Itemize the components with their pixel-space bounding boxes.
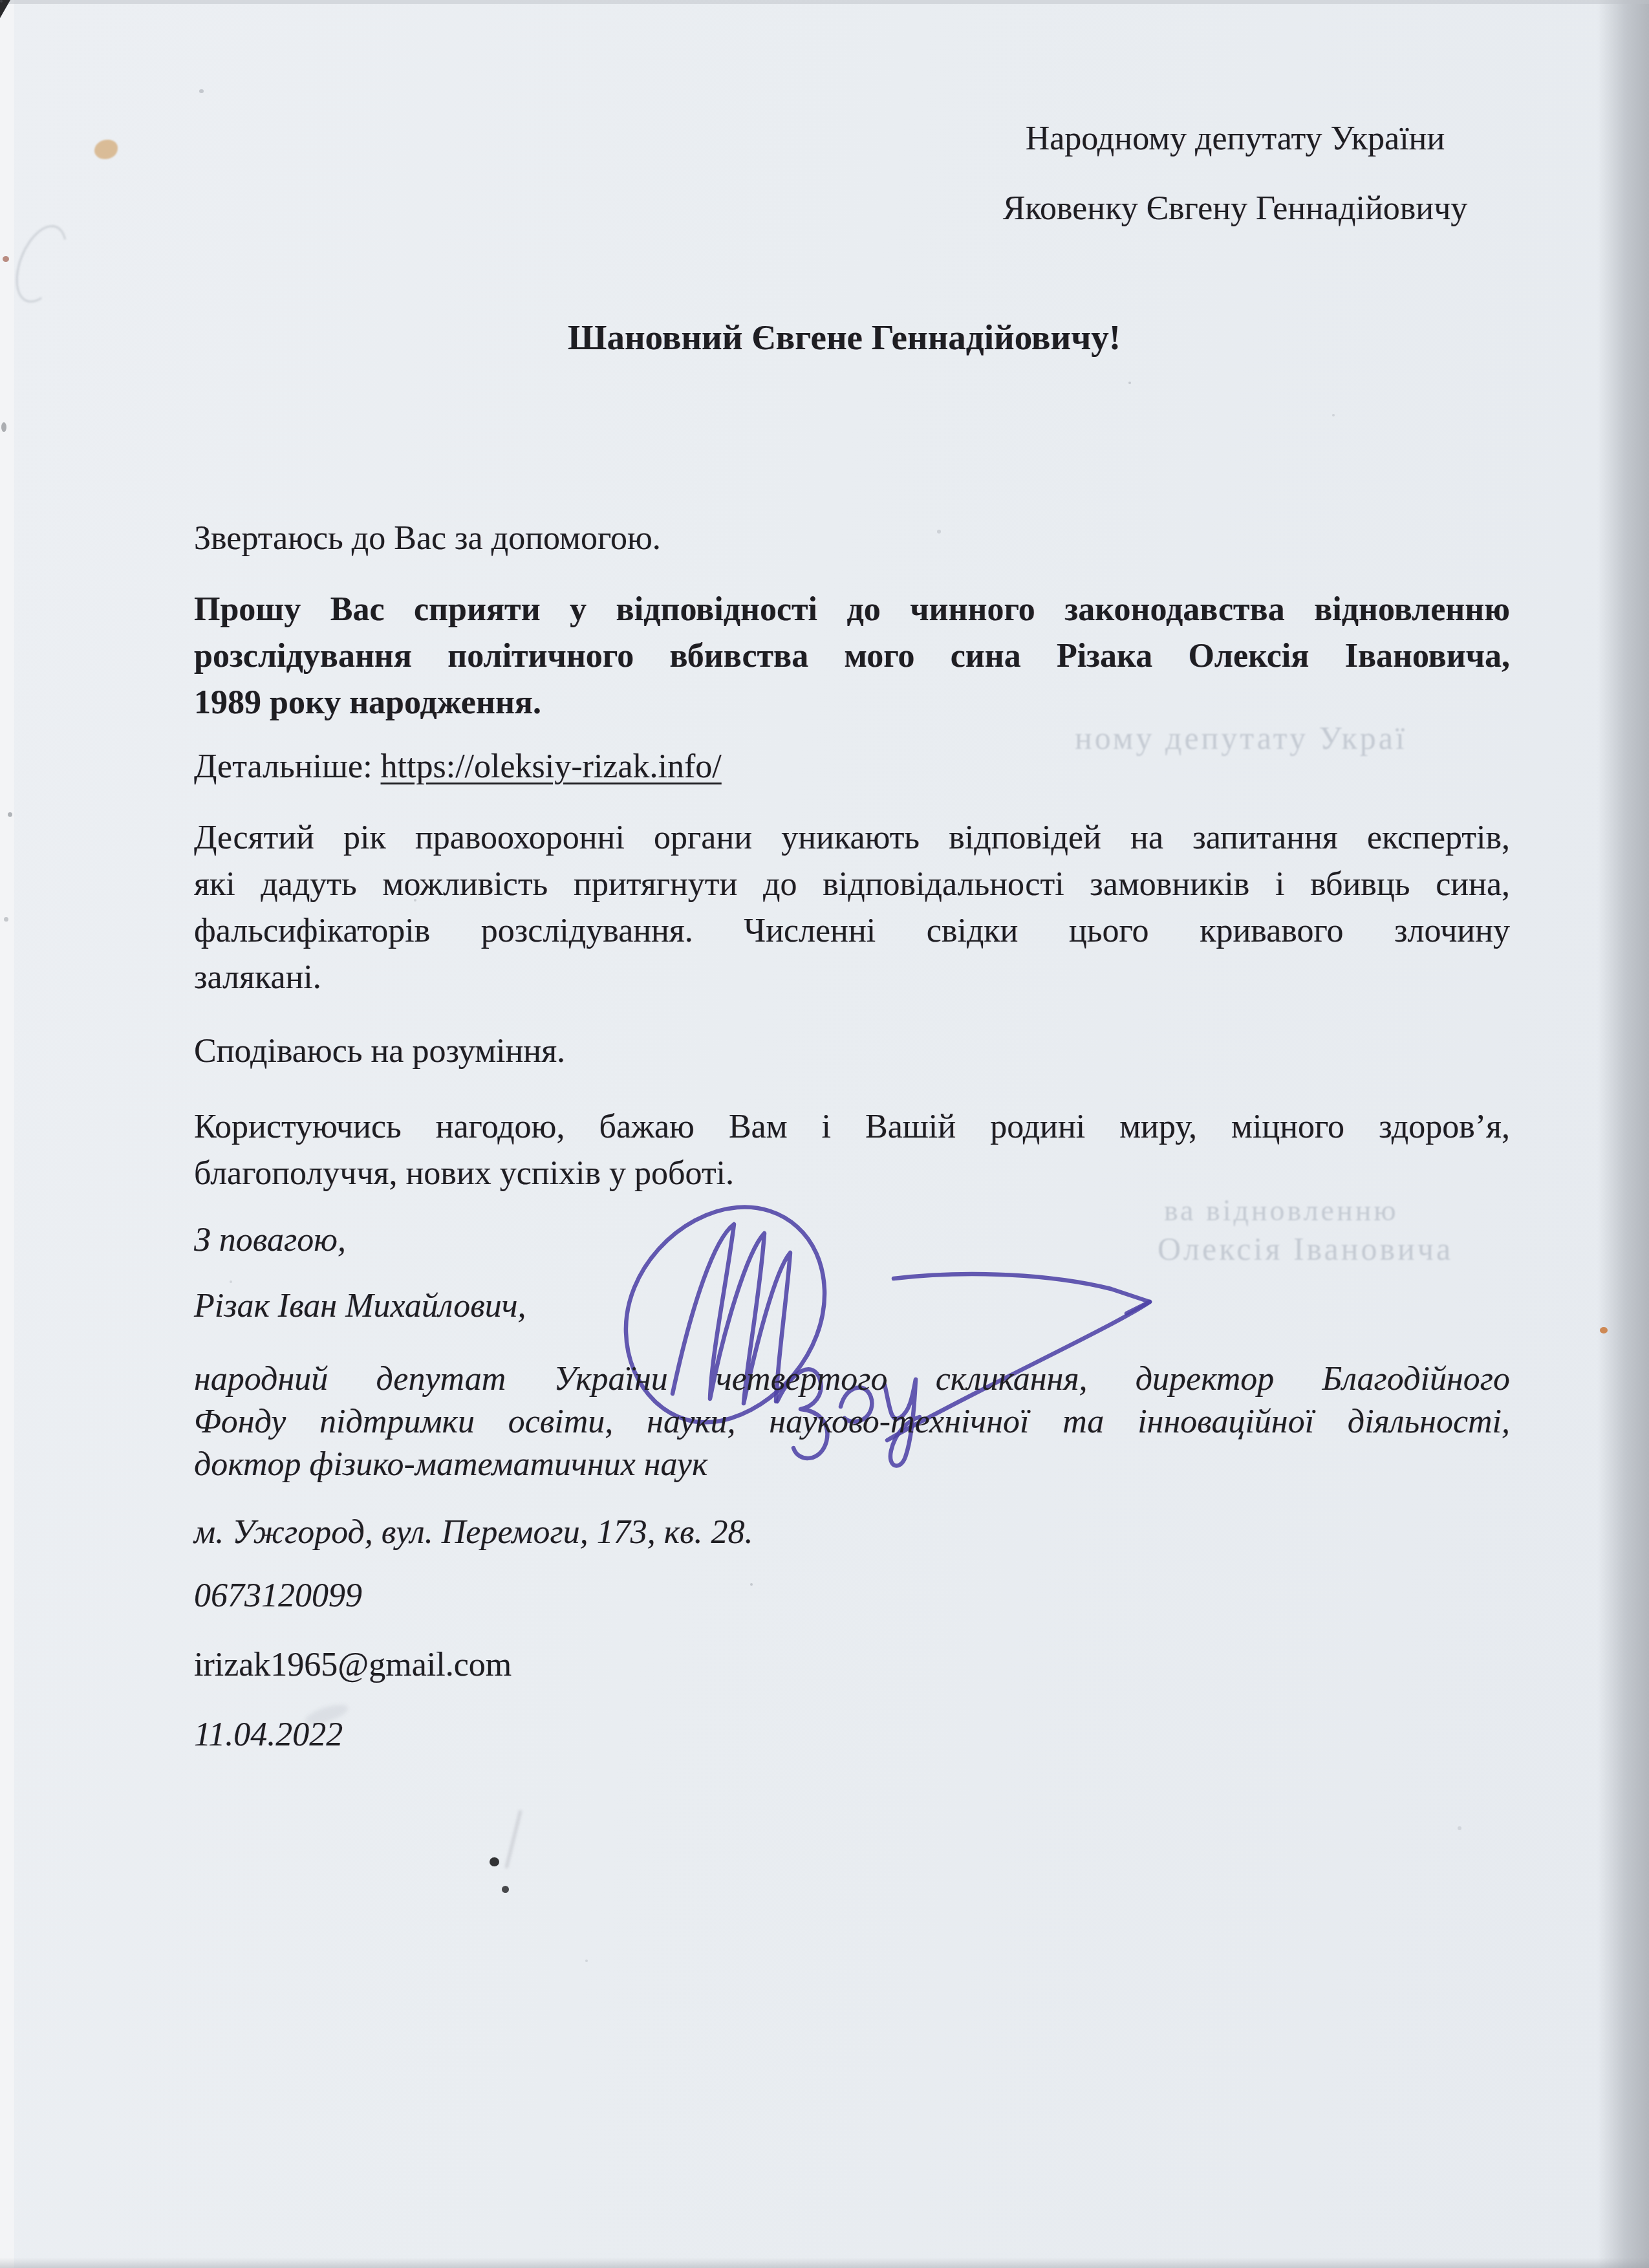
signer-title-line-2: Фонду підтримки освіти, науки, науково-т…	[194, 1403, 1510, 1441]
investigation-line-2: які дадуть можливість притягнути до відп…	[194, 865, 1510, 903]
scan-streak	[505, 1810, 522, 1868]
website-link[interactable]: https://oleksiy-rizak.info/	[381, 748, 722, 785]
request-line-3: 1989 року народження.	[194, 684, 541, 722]
salutation: Шановний Євгене Геннадійовичу!	[568, 317, 1121, 358]
pencil-smudge	[6, 218, 77, 310]
scanner-bottom-edge	[0, 2258, 1649, 2268]
details-line: Детальніше: https://oleksiy-rizak.info/	[194, 748, 722, 786]
scanned-letter-page: { "header": { "line1": "Народному депута…	[0, 0, 1649, 2268]
request-line-1: Прошу Вас сприяти у відповідності до чин…	[194, 590, 1510, 629]
ghost-text-recipient: ному депутату Украї	[1075, 719, 1407, 757]
request-line-2: розслідування політичного вбивства мого …	[194, 637, 1510, 675]
scanner-right-edge	[1597, 0, 1649, 2268]
investigation-line-4: залякані.	[194, 958, 321, 997]
scan-noise	[0, 0, 3, 3]
recipient-line-2: Яковенку Євгену Геннадійовичу	[938, 189, 1533, 228]
scanner-left-edge	[0, 0, 14, 2268]
investigation-line-3: фальсифікаторів розслідування. Численні …	[194, 912, 1510, 950]
edge-speck	[3, 256, 9, 262]
hope-line: Сподіваюсь на розуміння.	[194, 1032, 565, 1070]
wishes-line-1: Користуючись нагодою, бажаю Вам і Вашій …	[194, 1108, 1510, 1146]
scanner-corner-shadow	[0, 0, 10, 18]
ghost-text-line: ва відновленню	[1164, 1193, 1399, 1227]
ghost-text-name: Олексія Івановича	[1158, 1230, 1453, 1268]
signer-email: irizak1965@gmail.com	[194, 1646, 512, 1684]
edge-speck	[4, 917, 8, 922]
signer-title-line-3: доктор фізико-математичних наук	[194, 1445, 707, 1484]
ink-dot	[490, 1857, 499, 1866]
letter-date: 11.04.2022	[194, 1716, 343, 1754]
investigation-line-1: Десятий рік правоохоронні органи уникают…	[194, 819, 1510, 857]
paper-speck	[199, 89, 204, 93]
edge-speck	[8, 812, 12, 817]
recipient-line-1: Народному депутату України	[938, 120, 1533, 158]
edge-speck	[1, 422, 6, 432]
closing-valediction: З повагою,	[194, 1221, 346, 1259]
signer-name: Різак Іван Михайлович,	[194, 1287, 526, 1325]
intro-line: Звертаюсь до Вас за допомогою.	[194, 519, 661, 557]
signer-address: м. Ужгород, вул. Перемоги, 173, кв. 28.	[194, 1513, 753, 1551]
edge-speck	[1600, 1327, 1608, 1334]
signer-title-line-1: народний депутат України четвертого скли…	[194, 1360, 1510, 1398]
ink-dot	[502, 1886, 509, 1893]
paper-stain	[94, 140, 118, 159]
wishes-line-2: благополуччя, нових успіхів у роботі.	[194, 1154, 734, 1193]
details-label: Детальніше:	[194, 748, 381, 785]
signer-phone: 0673120099	[194, 1577, 362, 1615]
scanner-top-edge	[0, 0, 1649, 4]
